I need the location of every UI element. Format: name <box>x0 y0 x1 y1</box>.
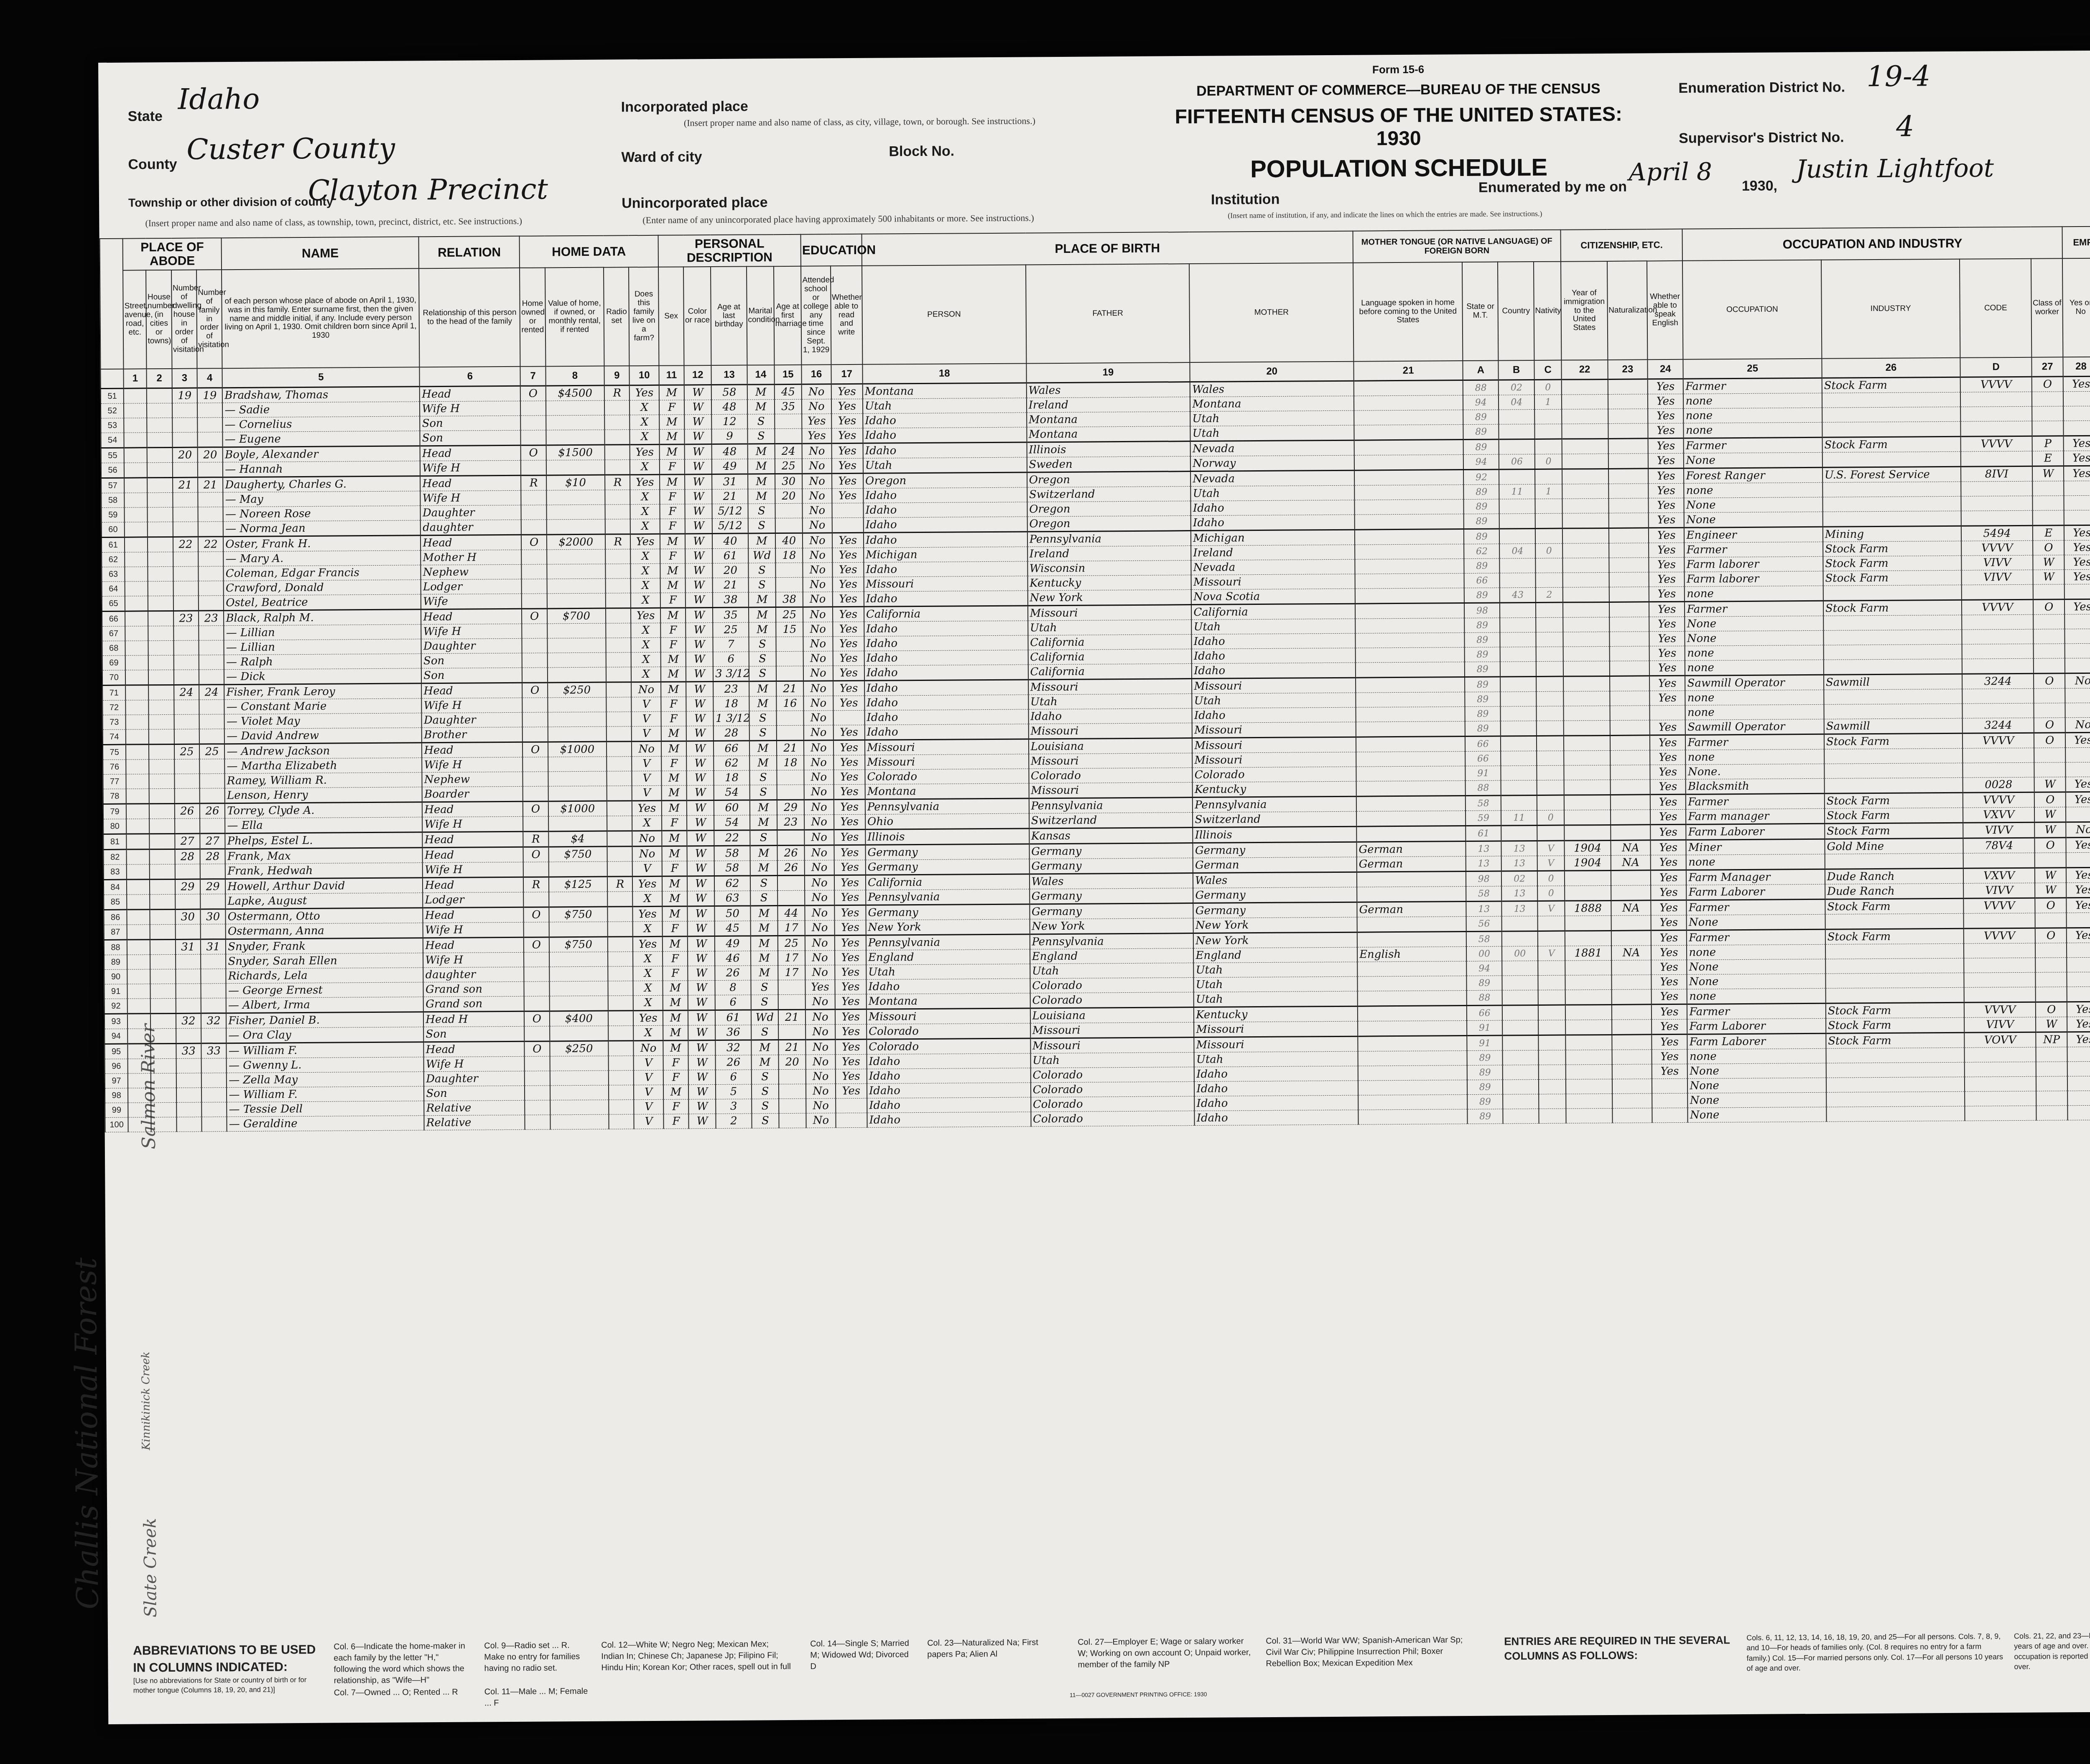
class-of-worker: W <box>2035 883 2067 898</box>
industry: Stock Farm <box>1825 793 1963 808</box>
can-read-write <box>832 503 864 517</box>
at-work <box>2065 643 2090 658</box>
class-of-worker <box>2036 1062 2068 1076</box>
birthplace-mother: Idaho <box>1191 515 1355 530</box>
immigration-year <box>1566 1064 1612 1079</box>
age: 7 <box>713 637 749 652</box>
house-number <box>150 939 175 954</box>
occupation-code <box>1961 510 2033 526</box>
relation: Head <box>422 801 523 817</box>
code-country <box>1499 424 1535 440</box>
birthplace-person: Idaho <box>863 487 1027 503</box>
code-country <box>1500 662 1536 677</box>
home-owned <box>521 430 546 445</box>
industry <box>1822 421 1961 437</box>
marital-status: M <box>749 681 776 696</box>
birthplace-person: Idaho <box>867 1097 1031 1113</box>
street <box>126 729 149 744</box>
on-farm: X <box>633 966 663 981</box>
occupation-code: 0028 <box>1963 777 2034 793</box>
occupation: Farmer <box>1687 899 1825 915</box>
margin-note-creek-2: Slate Creek <box>140 1518 160 1617</box>
home-value <box>546 460 605 475</box>
age: 38 <box>713 592 749 608</box>
dwelling-number <box>173 462 198 477</box>
occupation-code: VVVV <box>1962 599 2033 615</box>
age-first-marriage <box>775 503 803 518</box>
group-place-of-birth: PLACE OF BIRTH <box>861 231 1353 266</box>
race: W <box>686 726 714 741</box>
occupation-code: VOVV <box>1965 1032 2036 1048</box>
mother-tongue <box>1354 500 1463 515</box>
code-nativity <box>1539 1094 1566 1109</box>
industry <box>1824 748 1963 764</box>
family-number <box>198 522 224 537</box>
attended-school: No <box>803 637 833 651</box>
home-owned <box>523 772 548 786</box>
race: W <box>687 906 715 921</box>
mother-tongue <box>1356 692 1465 708</box>
age: 18 <box>714 696 749 711</box>
immigration-year <box>1562 528 1609 543</box>
code-state: 88 <box>1466 780 1501 796</box>
occupation-code: 8IVI <box>1961 466 2032 482</box>
family-number: 19 <box>197 388 223 403</box>
birthplace-father: Colorado <box>1030 992 1194 1008</box>
sex: F <box>661 711 686 726</box>
at-work: Yes <box>2064 466 2090 481</box>
group-personal-description: PERSONAL DESCRIPTION <box>658 235 801 267</box>
immigration-year <box>1564 780 1611 795</box>
col-number-8: 8 <box>545 366 604 386</box>
home-owned: O <box>524 1011 549 1026</box>
speaks-english: Yes <box>1652 1049 1688 1064</box>
sex: F <box>663 1070 688 1085</box>
radio-set <box>608 996 633 1011</box>
home-value <box>547 564 606 579</box>
race: W <box>685 504 712 519</box>
dwelling-number <box>175 864 200 879</box>
occupation: Farm laborer <box>1685 556 1823 572</box>
sex: M <box>659 385 684 400</box>
street <box>127 969 150 984</box>
code-country <box>1499 514 1535 529</box>
birthplace-father: Kentucky <box>1027 575 1191 591</box>
person-name: — Dick <box>224 668 421 685</box>
can-read-write <box>836 1113 867 1127</box>
family-number: 26 <box>200 803 225 818</box>
home-owned: O <box>522 742 548 757</box>
industry: Dude Ranch <box>1825 868 1964 884</box>
home-value <box>548 757 607 772</box>
birthplace-person: Colorado <box>867 1038 1030 1054</box>
age-first-marriage <box>777 875 805 890</box>
speaks-english <box>1652 1108 1688 1123</box>
race: W <box>684 415 711 429</box>
at-work: Yes <box>2064 525 2090 540</box>
code-country <box>1499 439 1535 455</box>
birthplace-father: Montana <box>1027 426 1190 442</box>
birthplace-father: Missouri <box>1028 723 1192 739</box>
radio-set <box>605 490 630 505</box>
race: W <box>686 623 713 637</box>
race: W <box>687 785 714 800</box>
age: 32 <box>716 1040 752 1055</box>
at-work <box>2064 495 2090 510</box>
naturalization <box>1610 765 1650 780</box>
class-of-worker: O <box>2035 928 2067 943</box>
mother-tongue <box>1355 514 1464 530</box>
line-number: 89 <box>104 955 127 969</box>
age-first-marriage: 18 <box>777 755 804 770</box>
speaks-english: Yes <box>1651 855 1687 870</box>
radio-set <box>606 608 631 623</box>
home-owned <box>525 1086 550 1100</box>
line-number: 65 <box>102 596 125 611</box>
industry <box>1822 482 1961 497</box>
col-number-21: 21 <box>1353 361 1463 381</box>
mother-tongue <box>1358 1021 1467 1037</box>
marital-status: M <box>749 607 776 622</box>
group-citizenship: CITIZENSHIP, ETC. <box>1561 229 1683 262</box>
mother-tongue <box>1358 1051 1467 1066</box>
code-state: 00 <box>1466 946 1502 961</box>
marital-status: M <box>751 966 778 980</box>
home-value <box>547 579 606 594</box>
attended-school: No <box>803 503 832 518</box>
code-nativity: 0 <box>1534 380 1562 395</box>
home-owned <box>520 401 545 416</box>
house-number <box>148 611 173 626</box>
occupation-code <box>1964 972 2036 987</box>
industry: Stock Farm <box>1822 436 1961 452</box>
on-farm: X <box>630 415 660 429</box>
house-number <box>148 670 173 685</box>
sex: M <box>660 578 685 593</box>
house-number <box>151 1117 176 1132</box>
house-number <box>149 700 174 714</box>
mother-tongue: German <box>1357 857 1466 872</box>
family-number <box>199 729 225 744</box>
person-name: — Geraldine <box>227 1116 424 1132</box>
code-nativity <box>1538 931 1565 946</box>
attended-school: No <box>803 489 832 503</box>
code-nativity <box>1539 1065 1566 1079</box>
class-of-worker <box>2035 943 2067 958</box>
code-country <box>1500 618 1536 633</box>
home-owned <box>522 624 547 638</box>
birthplace-mother: Switzerland <box>1193 811 1356 827</box>
naturalization <box>1610 735 1650 751</box>
home-owned: O <box>523 847 548 862</box>
enumerated-date: April 8 <box>1629 157 1712 186</box>
family-number: 28 <box>200 849 225 864</box>
occupation: None <box>1685 616 1824 631</box>
attended-school: No <box>805 845 834 860</box>
birthplace-father: Illinois <box>1027 441 1190 457</box>
at-work <box>2065 629 2090 644</box>
occupation-code <box>1964 913 2035 928</box>
relation: Nephew <box>422 772 523 787</box>
street <box>125 685 148 700</box>
marital-status: S <box>751 1070 778 1084</box>
immigration-year <box>1565 870 1611 886</box>
industry <box>1823 630 1962 645</box>
marital-status: S <box>751 980 778 995</box>
industry <box>1825 958 1964 974</box>
age: 1 3/12 <box>714 711 749 726</box>
naturalization <box>1609 632 1649 647</box>
attended-school: No <box>806 1040 836 1055</box>
occupation: Farm Laborer <box>1686 884 1825 900</box>
code-nativity: 0 <box>1535 543 1563 558</box>
relation: Wife H <box>423 952 524 967</box>
census-title: FIFTEENTH CENSUS OF THE UNITED STATES: 1… <box>1169 103 1629 152</box>
dwelling-number <box>173 581 198 596</box>
dwelling-number: 33 <box>176 1043 201 1058</box>
col-number-5: 5 <box>222 367 420 387</box>
on-farm: Yes <box>633 936 663 951</box>
class-of-worker: E <box>2033 525 2065 540</box>
relation: Head <box>423 831 523 847</box>
can-read-write: Yes <box>831 413 863 428</box>
col-number-25: 25 <box>1683 359 1822 379</box>
family-number <box>201 1117 227 1132</box>
age: 23 <box>713 681 749 697</box>
speaks-english: Yes <box>1650 779 1686 795</box>
county-label: County <box>128 156 177 173</box>
institution-note: (Insert name of institution, if any, and… <box>1228 209 1542 220</box>
code-state: 91 <box>1465 766 1501 781</box>
on-farm: X <box>631 667 661 682</box>
class-of-worker: O <box>2034 792 2066 807</box>
sex: M <box>663 1085 688 1099</box>
birthplace-father: Colorado <box>1031 1082 1195 1097</box>
family-number <box>199 640 224 655</box>
naturalization <box>1611 960 1652 975</box>
col-12-header: Color or race <box>683 267 711 365</box>
col23-note: Col. 23—Naturalized Na; First papers Pa;… <box>927 1637 1065 1660</box>
line-number: 61 <box>102 537 125 552</box>
col-number-A: A <box>1463 361 1499 380</box>
immigration-year <box>1562 484 1608 499</box>
house-number <box>149 729 174 744</box>
print-code: 11—0027 GOVERNMENT PRINTING OFFICE: 1930 <box>1070 1690 1207 1699</box>
home-value <box>547 667 606 683</box>
mother-tongue <box>1355 588 1464 604</box>
line-number: 55 <box>101 448 124 463</box>
can-read-write: Yes <box>833 696 865 710</box>
street <box>127 849 150 864</box>
home-value <box>546 505 605 520</box>
attended-school: No <box>805 905 835 920</box>
code-nativity <box>1537 916 1565 931</box>
radio-set: R <box>607 877 632 892</box>
col-number-1: 1 <box>124 369 147 388</box>
person-name: — Mary A. <box>223 551 421 566</box>
age-first-marriage <box>777 890 805 905</box>
on-farm: X <box>631 637 661 652</box>
home-value <box>547 623 606 638</box>
code-country: 11 <box>1499 484 1535 500</box>
birthplace-person: Colorado <box>865 769 1029 784</box>
race: W <box>688 1055 716 1070</box>
marital-status: M <box>749 756 777 770</box>
attended-school: No <box>803 577 833 592</box>
occupation-code: VIVV <box>1962 555 2033 570</box>
occupation-code <box>1965 1076 2036 1091</box>
sex: F <box>663 1099 688 1114</box>
birthplace-person: Idaho <box>867 1068 1031 1083</box>
speaks-english: Yes <box>1648 408 1684 423</box>
class-of-worker <box>2032 406 2064 421</box>
home-value <box>550 1085 609 1100</box>
naturalization <box>1609 543 1649 558</box>
home-value: $10 <box>546 475 605 490</box>
family-number <box>198 507 223 522</box>
sex: F <box>660 637 686 652</box>
class-of-worker: P <box>2032 436 2064 451</box>
code-state: 89 <box>1465 662 1501 677</box>
code-country: 11 <box>1501 811 1537 826</box>
attended-school: No <box>803 681 833 696</box>
person-name: Bradshaw, Thomas <box>222 387 420 403</box>
at-work <box>2067 957 2090 972</box>
house-number <box>150 984 176 998</box>
industry: Stock Farm <box>1823 600 1962 616</box>
immigration-year <box>1565 885 1611 901</box>
birthplace-mother: Nevada <box>1190 440 1354 456</box>
house-number <box>148 596 173 611</box>
mother-tongue <box>1356 781 1466 797</box>
col6-note: Col. 6—Indicate the home-maker in each f… <box>334 1641 472 1687</box>
age: 9 <box>712 429 748 444</box>
code-state: 94 <box>1463 454 1499 470</box>
birthplace-mother: Germany <box>1193 842 1357 858</box>
occupation: None. <box>1686 764 1825 779</box>
birthplace-person: Idaho <box>864 517 1027 533</box>
dwelling-number: 26 <box>175 803 200 818</box>
age-first-marriage: 18 <box>775 548 803 563</box>
code-state: 66 <box>1465 751 1501 766</box>
sex: M <box>662 831 687 846</box>
mother-tongue <box>1355 633 1464 648</box>
on-farm: X <box>632 816 662 831</box>
age: 61 <box>715 1010 751 1025</box>
marital-status: S <box>749 637 776 652</box>
radio-set <box>606 623 631 638</box>
line-number: 56 <box>101 463 124 478</box>
can-read-write: Yes <box>832 577 864 591</box>
radio-set <box>608 907 633 922</box>
code-state: 98 <box>1464 603 1500 618</box>
occupation-code: VVVV <box>1961 436 2032 451</box>
immigration-year: 1888 <box>1565 900 1611 916</box>
age-first-marriage: 25 <box>776 607 803 622</box>
birthplace-father: Ireland <box>1027 397 1190 413</box>
on-farm: V <box>632 785 662 800</box>
code-country: 13 <box>1502 886 1538 902</box>
home-value <box>547 653 606 668</box>
speaks-english: Yes <box>1648 438 1684 454</box>
street <box>125 507 148 522</box>
attended-school: No <box>805 1025 835 1040</box>
industry: Sawmill <box>1824 718 1963 734</box>
race: W <box>686 637 713 652</box>
family-number <box>199 759 225 774</box>
occupation: none <box>1685 586 1823 602</box>
dwelling-number: 21 <box>173 477 198 492</box>
street <box>126 760 149 774</box>
attended-school: No <box>802 474 832 489</box>
col-number-D: D <box>1960 357 2032 377</box>
person-name: Ramey, William R. <box>225 772 422 788</box>
occupation-code <box>1962 614 2033 630</box>
speaks-english: Yes <box>1648 498 1684 513</box>
speaks-english: Yes <box>1650 809 1686 825</box>
occupation: Farmer <box>1685 734 1824 750</box>
relation: Grand son <box>423 981 524 997</box>
age-first-marriage <box>777 830 805 845</box>
on-farm: V <box>632 711 661 726</box>
marital-status: M <box>750 861 777 876</box>
col-b-header: Country <box>1498 262 1534 361</box>
person-name: Ostermann, Anna <box>226 923 423 939</box>
mother-tongue <box>1356 766 1465 782</box>
attended-school: No <box>805 875 834 890</box>
immigration-year <box>1564 825 1611 841</box>
birthplace-father: Utah <box>1030 963 1194 979</box>
line-number: 76 <box>103 760 126 774</box>
house-number <box>148 626 173 640</box>
house-number <box>149 714 174 729</box>
mother-tongue <box>1358 1006 1467 1022</box>
code-country <box>1500 647 1536 662</box>
birthplace-mother: Utah <box>1194 991 1358 1007</box>
at-work <box>2065 614 2090 629</box>
relation: Head <box>423 907 524 923</box>
occupation: none <box>1687 1048 1826 1064</box>
sex: M <box>663 1025 688 1040</box>
home-owned <box>521 416 546 430</box>
code-country <box>1503 1035 1539 1050</box>
home-owned <box>524 996 549 1011</box>
occupation: none <box>1686 749 1825 765</box>
street <box>125 641 148 655</box>
class-of-worker: W <box>2033 555 2065 570</box>
radio-set <box>607 727 632 742</box>
occupation: Sawmill Operator <box>1685 675 1824 691</box>
sex: F <box>662 921 687 936</box>
occupation-code: VXVV <box>1963 868 2035 883</box>
speaks-english <box>1649 705 1685 720</box>
class-of-worker: O <box>2034 733 2066 748</box>
age-first-marriage <box>778 1025 806 1040</box>
age: 5 <box>716 1084 752 1099</box>
house-number <box>147 418 172 432</box>
code-nativity: 1 <box>1535 484 1562 499</box>
sex: M <box>661 667 686 682</box>
code-nativity <box>1537 736 1564 751</box>
col-number-6: 6 <box>420 367 520 387</box>
industry: Dude Ranch <box>1825 883 1964 899</box>
family-number <box>198 552 224 566</box>
person-name: Torrey, Clyde A. <box>225 802 422 818</box>
col-5-header: of each person whose place of abode on A… <box>222 268 419 368</box>
street <box>127 940 150 955</box>
on-farm: Yes <box>633 1010 663 1025</box>
home-owned <box>524 952 549 967</box>
